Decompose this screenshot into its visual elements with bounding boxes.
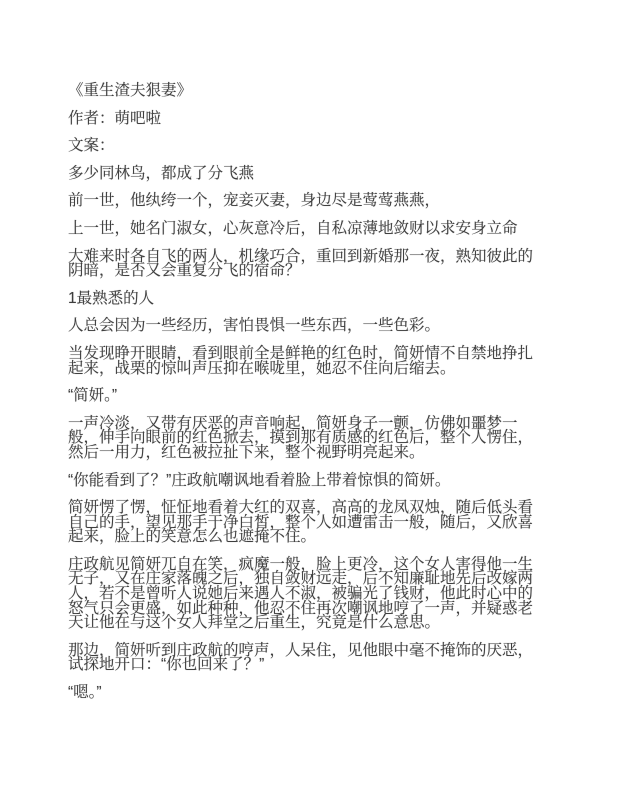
dialogue-line: “简妍。” xyxy=(68,389,548,404)
paragraph: 简妍愣了愣，怔怔地看着大红的双喜，高高的龙凤双烛，随后低头看自己的手，望见那手干… xyxy=(68,501,548,545)
paragraph: 一声冷淡，又带有厌恶的声音响起，简妍身子一颤，仿佛如噩梦一般，伸手向眼前的红色掀… xyxy=(68,417,548,461)
document-page: 《重生渣夫狠妻》 作者：萌吧啦 文案： 多少同林鸟，都成了分飞燕 前一世，他纨绔… xyxy=(0,0,618,799)
synopsis-line: 大难来时各自飞的两人，机缘巧合，重回到新婚那一夜，熟知彼此的阴暗，是否又会重复分… xyxy=(68,250,548,279)
synopsis-line: 上一世，她名门淑女，心灰意冷后，自私凉薄地敛财以求安身立命 xyxy=(68,222,548,237)
paragraph: 庄政航见简妍兀自在笑，疯魔一般，脸上更冷，这个女人害得他一生无子，又在庄家落魄之… xyxy=(68,558,548,631)
synopsis-label: 文案： xyxy=(68,139,548,154)
book-title: 《重生渣夫狠妻》 xyxy=(68,84,548,99)
synopsis-line: 多少同林鸟，都成了分飞燕 xyxy=(68,167,548,182)
paragraph: 当发现睁开眼睛，看到眼前全是鲜艳的红色时，简妍情不自禁地挣扎起来，战栗的惊叫声压… xyxy=(68,347,548,376)
chapter-heading: 1最熟悉的人 xyxy=(68,292,548,307)
paragraph: 那边，简妍听到庄政航的哼声，人呆住，见他眼中毫不掩饰的厌恶，试探地开口：“你也回… xyxy=(68,644,548,673)
synopsis-line: 前一世，他纨绔一个，宠妾灭妻，身边尽是莺莺燕燕， xyxy=(68,194,548,209)
text-column: 《重生渣夫狠妻》 作者：萌吧啦 文案： 多少同林鸟，都成了分飞燕 前一世，他纨绔… xyxy=(68,84,548,714)
dialogue-line: “你能看到了？”庄政航嘲讽地看着脸上带着惊惧的简妍。 xyxy=(68,474,548,489)
dialogue-line: “嗯。” xyxy=(68,686,548,701)
paragraph: 人总会因为一些经历，害怕畏惧一些东西，一些色彩。 xyxy=(68,319,548,334)
author-line: 作者：萌吧啦 xyxy=(68,112,548,127)
